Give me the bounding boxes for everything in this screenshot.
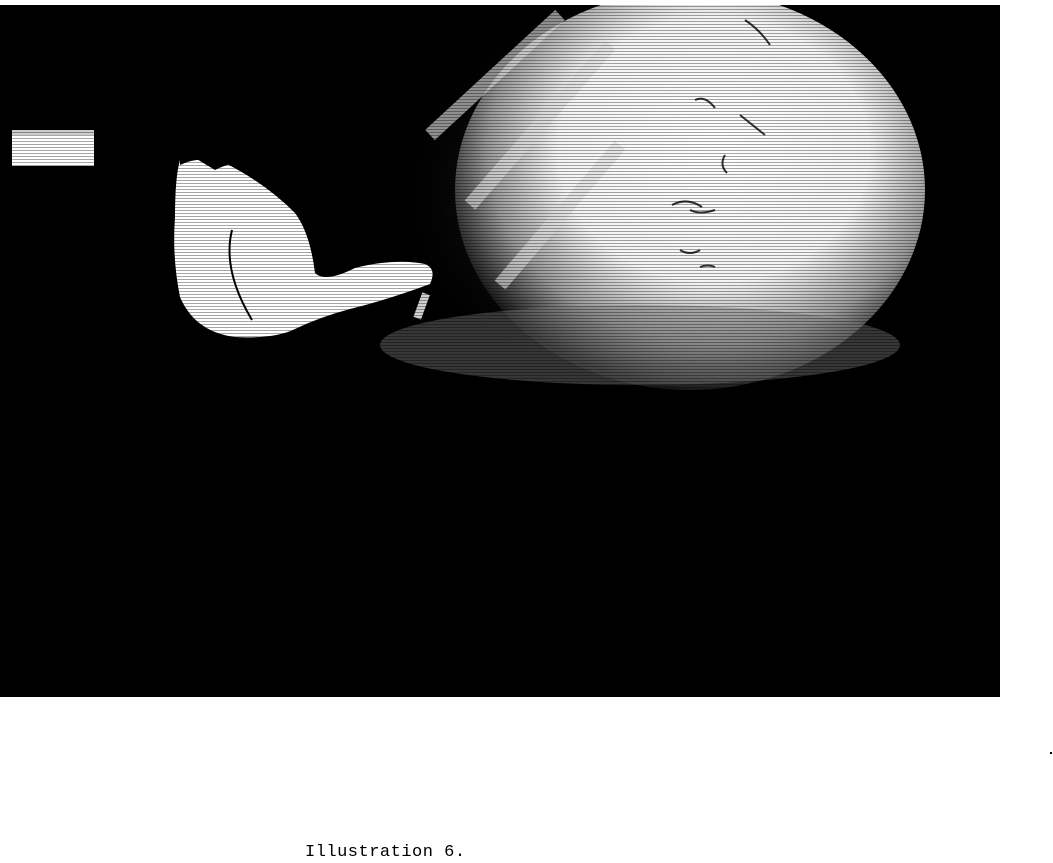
scan-speck [1050, 752, 1052, 754]
illustration-photo [0, 5, 1000, 697]
wall-sign [12, 130, 94, 166]
figure-caption: Illustration 6. [305, 843, 466, 862]
photo-artwork [0, 5, 1000, 697]
